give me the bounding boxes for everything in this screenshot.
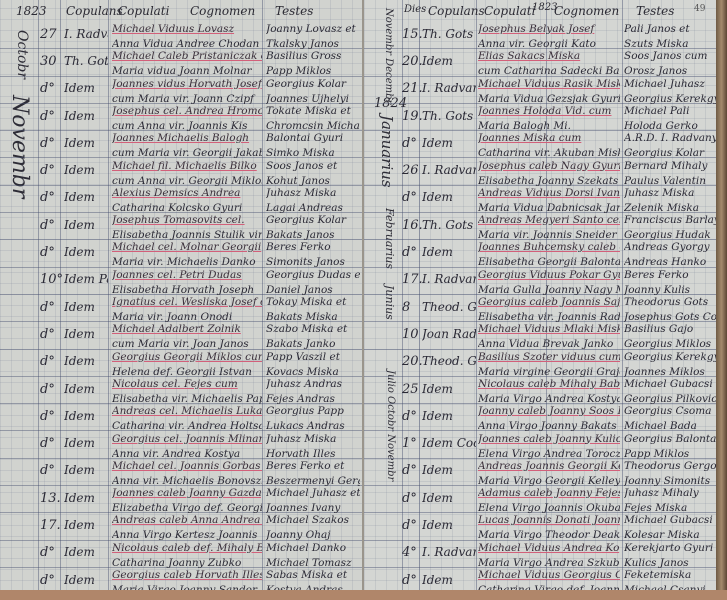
ledger-row: d°IdemMichael Adalbert Zolnikcum Maria v…	[0, 321, 362, 349]
row-day: 10°	[40, 272, 63, 287]
ledger-row: d°IdemMichael cel. Molnar GeorgiiMaria v…	[0, 239, 362, 267]
row-day: 8	[402, 300, 410, 315]
row-day: 15.	[402, 27, 423, 42]
row-officiant: Joan Radvanyi	[422, 327, 476, 342]
witness-1: Georgius Dudas et	[266, 268, 360, 283]
row-day: d°	[40, 463, 55, 478]
row-day: 26	[402, 163, 419, 178]
row-day: d°	[402, 245, 417, 260]
witness-1: Pali Janos et	[624, 22, 716, 37]
witness-1: Juhasz Andras	[266, 377, 360, 392]
ledger-row: 10Joan RadvanyiMichael Viduus Mlaki Misk…	[364, 321, 716, 349]
groom-name: Lucas Joannis Donati Joanny Grejcsar	[478, 513, 620, 528]
groom-name: Josephus caleb Nagy Gyuri Janos	[478, 159, 620, 174]
header-testes: Testes	[636, 4, 674, 18]
row-day: d°	[402, 518, 417, 533]
witness-1: Georgius Kolar	[266, 213, 360, 228]
ledger-row: 21.I. RadvanyiMichael Viduus Rasik Miska…	[364, 76, 716, 104]
ledger-row: 30Th. GotsMichael Caleb Pristaniczak cum…	[0, 48, 362, 76]
row-officiant: Idem	[422, 491, 476, 506]
witness-1: Soos Janos cum	[624, 49, 716, 64]
row-officiant: Idem Coop.	[422, 436, 476, 451]
row-officiant: Idem	[64, 354, 108, 369]
row-officiant: Idem	[64, 136, 108, 151]
witness-1: Tokate Miska et	[266, 104, 360, 119]
row-day: d°	[40, 245, 55, 260]
witness-1: Juhasz Mihaly	[624, 486, 716, 501]
ledger-row: 4°I. RadvanyiMichael Viduus Andrea Kopts…	[364, 540, 716, 568]
ledger-row: 1°Idem Coop.Joannes caleb Joanny Kulics …	[364, 431, 716, 459]
ledger-row: d°IdemLucas Joannis Donati Joanny Grejcs…	[364, 512, 716, 540]
row-day: d°	[40, 136, 55, 151]
right-page: Dies Copulans Copulati 1823 Cognomen Tes…	[364, 0, 716, 592]
witness-1: Beres Ferko et	[266, 459, 360, 474]
ledger-row: d°IdemIgnatius cel. Wesliska Josef cumMa…	[0, 294, 362, 322]
row-day: 25	[402, 382, 419, 397]
row-day: d°	[40, 163, 55, 178]
witness-1: Michael Juhasz et	[266, 486, 360, 501]
witness-1: Feketemiska	[624, 568, 716, 583]
header-cognomen: Cognomen	[190, 4, 255, 18]
witness-1: Soos Janos et	[266, 159, 360, 174]
witness-1: Bernard Mihaly	[624, 159, 716, 174]
groom-name: Michael Viduus Lovasz	[112, 22, 262, 37]
row-officiant: Idem	[422, 382, 476, 397]
ledger-row: d°IdemMichael cel. Joannis Gorbas cumAnn…	[0, 458, 362, 486]
ledger-row: 20.Theod. GotsBasilius Szoter viduus cum…	[364, 349, 716, 377]
groom-name: Nicolaus caleb Mihaly Babados Filius	[478, 377, 620, 392]
groom-name: Georgius Georgii Miklos cum	[112, 350, 262, 365]
witness-1: Michael Pali	[624, 104, 716, 119]
row-day: d°	[402, 463, 417, 478]
row-day: 1°	[402, 436, 417, 451]
row-officiant: Th. Gots	[422, 218, 476, 233]
ledger-row: 27I. RadvanyMichael Viduus LovaszAnna Vi…	[0, 21, 362, 49]
row-officiant: Idem	[64, 300, 108, 315]
row-officiant: Idem	[64, 81, 108, 96]
witness-1: Papp Vaszil et	[266, 350, 360, 365]
header-cognomen: Cognomen	[554, 4, 619, 18]
witness-1: Georgius Papp	[266, 404, 360, 419]
header-copulati: Copulati	[118, 4, 169, 18]
ledger-row: 17.I. RadvanyiGeorgius Viduus Pokar Gyur…	[364, 267, 716, 295]
row-day: 30	[40, 54, 57, 69]
page-number: 49	[694, 4, 705, 14]
row-day: d°	[40, 409, 55, 424]
row-officiant: Idem	[422, 136, 476, 151]
witness-1: Juhasz Miska	[266, 432, 360, 447]
witness-1: Theodorus Gots	[624, 295, 716, 310]
groom-name: Josephus cel. Andrea Hromcsin	[112, 104, 262, 119]
ledger-row: d°IdemJoanny caleb Joanny Soos FiliusAnn…	[364, 403, 716, 431]
ledger-row: d°IdemAndreas Joannis Georgii Kerekjarto…	[364, 458, 716, 486]
header-dies: Dies	[404, 4, 426, 15]
witness-1: Sabas Miska et	[266, 568, 360, 583]
row-officiant: Idem Paroch. I. Radvanyi	[64, 272, 108, 287]
row-officiant: Idem	[64, 518, 108, 533]
row-officiant: Idem	[64, 573, 108, 588]
groom-name: Michael Viduus Andrea Koptsanyi	[478, 541, 620, 556]
header-testes: Testes	[275, 4, 313, 18]
ledger-row: d°IdemAdamus caleb Joanny FejesElena Vir…	[364, 485, 716, 513]
row-officiant: Idem	[422, 518, 476, 533]
ledger-photo: 1823 Copulans Copulati Cognomen Testes O…	[0, 0, 727, 600]
ledger-row: 20.IdemElias Sakacs Miskacum Catharina S…	[364, 48, 716, 76]
row-officiant: Idem	[64, 109, 108, 124]
groom-name: Andreas Viduus Dorsi Ivanek	[478, 186, 620, 201]
row-day: d°	[402, 491, 417, 506]
row-day: d°	[402, 136, 417, 151]
row-officiant: Idem	[64, 436, 108, 451]
row-day: 19.	[402, 109, 423, 124]
witness-1: Juhasz Miska	[624, 186, 716, 201]
row-day: 20.	[402, 354, 423, 369]
groom-name: Joannes Holoda Vid. cum	[478, 104, 620, 119]
row-officiant: Idem	[422, 190, 476, 205]
header-copulans: Copulans	[428, 4, 485, 18]
row-officiant: Idem	[422, 245, 476, 260]
row-day: d°	[40, 327, 55, 342]
groom-name: Georgius Viduus Pokar Gyuri	[478, 268, 620, 283]
ledger-row: 26I. RadvanyiJosephus caleb Nagy Gyuri J…	[364, 158, 716, 186]
witness-1: Georgius Balontay	[624, 432, 716, 447]
ledger-row: 25IdemNicolaus caleb Mihaly Babados Fili…	[364, 376, 716, 404]
row-day: d°	[40, 109, 55, 124]
groom-name: Georgius cel. Joannis Mlinarik cum	[112, 432, 262, 447]
groom-name: Joannes caleb Joanny Kulics Filius	[478, 432, 620, 447]
groom-name: Michael Viduus Georgius Georgii Sandor	[478, 568, 620, 583]
row-day: 17.	[402, 272, 423, 287]
row-day: 13.	[40, 491, 61, 506]
witness-1: Balontai Gyuri	[266, 131, 360, 146]
ledger-row: d°IdemJosephus cel. Andrea Hromcsincum A…	[0, 103, 362, 131]
witness-1: Michael Juhasz	[624, 77, 716, 92]
witness-1: Georgius Csoma	[624, 404, 716, 419]
ledger-row: d°IdemJosephus Tomasovits cel.Elisabetha…	[0, 212, 362, 240]
witness-1: Theodorus Gergo	[624, 459, 716, 474]
row-officiant: I. Radvanyi	[422, 545, 476, 560]
row-couple: Michael Viduus Georgius Georgii SandorCa…	[478, 568, 620, 592]
row-officiant: Theod. Gots	[422, 300, 476, 315]
witness-1: Beres Ferko	[266, 240, 360, 255]
ledger-row: 16.Th. GotsAndreas Megyeri Santo cel. Ke…	[364, 212, 716, 240]
groom-name: Adamus caleb Joanny Fejes	[478, 486, 620, 501]
row-officiant: Idem	[422, 54, 476, 69]
row-couple: Georgius caleb Horvath IllesMaria Virgo …	[112, 568, 262, 592]
row-day: 10	[402, 327, 419, 342]
row-officiant: I. Radvanyi	[422, 163, 476, 178]
row-officiant: Idem	[422, 463, 476, 478]
witness-1: Georgius Kerekgyarto	[624, 350, 716, 365]
ledger-row: d°IdemGeorgius Georgii Miklos cumHelena …	[0, 349, 362, 377]
row-day: 17.	[40, 518, 61, 533]
row-officiant: Idem	[422, 573, 476, 588]
row-officiant: Idem	[64, 327, 108, 342]
witness-1: Andreas Gyorgy	[624, 240, 716, 255]
witness-1: Franciscus Barlay et	[624, 213, 716, 228]
row-day: d°	[40, 218, 55, 233]
ledger-row: d°IdemJoannes Michaelis Baloghcum Maria …	[0, 130, 362, 158]
groom-name: Andreas Megyeri Santo cel. Kerestes	[478, 213, 620, 228]
row-officiant: Idem	[64, 491, 108, 506]
groom-name: Alexius Demsics Andrea	[112, 186, 262, 201]
row-day: 27	[40, 27, 57, 42]
row-day: d°	[402, 573, 417, 588]
row-officiant: I. Radvany	[64, 27, 108, 42]
row-officiant: Idem	[64, 163, 108, 178]
row-officiant: Idem	[64, 409, 108, 424]
row-officiant: Th. Gots	[64, 54, 108, 69]
groom-name: Basilius Szoter viduus cum	[478, 350, 620, 365]
row-day: d°	[40, 382, 55, 397]
witness-1: Michael Gubacsi	[624, 513, 716, 528]
header-copulati: Copulati	[484, 4, 535, 18]
row-officiant: Th. Gots Cooper.	[422, 109, 476, 124]
groom-name: Joannes cel. Petri Dudas	[112, 268, 262, 283]
row-officiant: Idem	[64, 545, 108, 560]
row-day: 16.	[402, 218, 423, 233]
groom-name: Josephus Belyak Josef	[478, 22, 620, 37]
witness-1: A.R.D. I. Radvanyi	[624, 131, 716, 146]
row-day: d°	[40, 81, 55, 96]
year-label: 1823	[16, 4, 47, 18]
ledger-row: d°IdemAndreas cel. Michaelis Lukacs cumC…	[0, 403, 362, 431]
row-officiant: Th. Gots	[422, 27, 476, 42]
row-day: d°	[40, 190, 55, 205]
ledger-row: d°IdemAndreas Viduus Dorsi IvanekMaria V…	[364, 185, 716, 213]
ledger-row: 15.Th. GotsJosephus Belyak JosefAnna vir…	[364, 21, 716, 49]
groom-name: Josephus Tomasovits cel.	[112, 213, 262, 228]
ledger-row: d°IdemJoannes vidus Horvath Josefcum Mar…	[0, 76, 362, 104]
groom-name: Joannes Buhcemsky caleb cum	[478, 240, 620, 255]
ledger-row: d°IdemNicolaus cel. Fejes cumElisabetha …	[0, 376, 362, 404]
row-officiant: Idem	[64, 382, 108, 397]
groom-name: Michael Caleb Pristaniczak cum	[112, 49, 262, 64]
groom-name: Michael Adalbert Zolnik	[112, 322, 262, 337]
row-day: d°	[40, 573, 55, 588]
witness-1: Joanny Lovasz et	[266, 22, 360, 37]
witness-1: Georgius Kolar	[266, 77, 360, 92]
groom-name: Elias Sakacs Miska	[478, 49, 620, 64]
ledger-row: 13.IdemJoannes caleb Joanny GazdagovitsE…	[0, 485, 362, 513]
witness-1: Juhasz Miska	[266, 186, 360, 201]
groom-name: Nicolaus caleb def. Mihaly Banda	[112, 541, 262, 556]
row-officiant: I. Radvanyi	[422, 272, 476, 287]
row-day: 20.	[402, 54, 423, 69]
groom-name: Joannes Michaelis Balogh	[112, 131, 262, 146]
groom-name: Michael cel. Molnar Georgii	[112, 240, 262, 255]
groom-name: Georgius caleb Horvath Illes	[112, 568, 262, 583]
row-day: d°	[40, 436, 55, 451]
row-officiant: Theod. Gots	[422, 354, 476, 369]
groom-name: Michael Viduus Mlaki Miska	[478, 322, 620, 337]
ledger-row: d°IdemNicolaus caleb def. Mihaly BandaCa…	[0, 540, 362, 568]
ledger-row: d°IdemGeorgius caleb Horvath IllesMaria …	[0, 567, 362, 592]
row-day: d°	[40, 545, 55, 560]
ledger-row: 17.IdemAndreas caleb Anna Andrea etAnna …	[0, 512, 362, 540]
groom-name: Andreas caleb Anna Andrea et	[112, 513, 262, 528]
witness-1: Beres Ferko	[624, 268, 716, 283]
groom-name: Georgius caleb Joannis Sajtosy	[478, 295, 620, 310]
witness-1: Kerekjarto Gyuri	[624, 541, 716, 556]
ledger-row: 10°Idem Paroch. I. RadvanyiJoannes cel. …	[0, 267, 362, 295]
groom-name: Michael cel. Joannis Gorbas cum	[112, 459, 262, 474]
groom-name: Joannes vidus Horvath Josef	[112, 77, 262, 92]
left-page: 1823 Copulans Copulati Cognomen Testes O…	[0, 0, 364, 592]
row-witnesses: FeketemiskaMichael Csanyi	[624, 568, 716, 592]
book-edge-right	[716, 0, 727, 600]
ledger-row: d°IdemAlexius Demsics AndreaCatharina Ko…	[0, 185, 362, 213]
ledger-row: d°IdemJoannes Buhcemsky caleb cumElisabe…	[364, 239, 716, 267]
groom-name: Michael fil. Michaelis Bilko	[112, 159, 262, 174]
witness-1: Tokay Miska et	[266, 295, 360, 310]
table-surface	[0, 590, 727, 600]
groom-name: Ignatius cel. Wesliska Josef cum	[112, 295, 262, 310]
groom-name: Michael Viduus Rasik Miska	[478, 77, 620, 92]
row-officiant: Idem	[64, 463, 108, 478]
witness-1: Michael Danko	[266, 541, 360, 556]
witness-1: Michael Szakos	[266, 513, 360, 528]
row-officiant: Idem	[64, 218, 108, 233]
row-officiant: I. Radvanyi	[422, 81, 476, 96]
row-officiant: Idem	[64, 190, 108, 205]
groom-name: Joanny caleb Joanny Soos Filius	[478, 404, 620, 419]
row-day: d°	[40, 354, 55, 369]
groom-name: Nicolaus cel. Fejes cum	[112, 377, 262, 392]
row-officiant: Idem	[64, 245, 108, 260]
row-day: 4°	[402, 545, 417, 560]
groom-name: Andreas cel. Michaelis Lukacs cum	[112, 404, 262, 419]
row-day: d°	[40, 300, 55, 315]
ledger-row: d°IdemMichael fil. Michaelis Bilkocum An…	[0, 158, 362, 186]
groom-name: Joannes Miska cum	[478, 131, 620, 146]
header-copulans: Copulans	[66, 4, 123, 18]
row-witnesses: Sabas Miska etKostya Andras	[266, 568, 360, 592]
row-day: d°	[402, 409, 417, 424]
groom-name: Joannes caleb Joanny Gazdagovits	[112, 486, 262, 501]
row-officiant: Idem	[422, 409, 476, 424]
ledger-row: 8Theod. GotsGeorgius caleb Joannis Sajto…	[364, 294, 716, 322]
row-day: 21.	[402, 81, 423, 96]
ledger-row: d°IdemGeorgius cel. Joannis Mlinarik cum…	[0, 431, 362, 459]
witness-1: Basilius Gross	[266, 49, 360, 64]
row-day: d°	[402, 190, 417, 205]
groom-name: Andreas Joannis Georgii Kerekjarto Filiu…	[478, 459, 620, 474]
witness-1: Szabo Miska et	[266, 322, 360, 337]
witness-1: Basilius Gajo	[624, 322, 716, 337]
ledger-row: d°IdemJoannes Miska cumCatharina vir. Ak…	[364, 130, 716, 158]
witness-1: Michael Gubacsi	[624, 377, 716, 392]
ledger-row: 19.Th. Gots Cooper.Joannes Holoda Vid. c…	[364, 103, 716, 131]
ledger-row: d°IdemMichael Viduus Georgius Georgii Sa…	[364, 567, 716, 592]
